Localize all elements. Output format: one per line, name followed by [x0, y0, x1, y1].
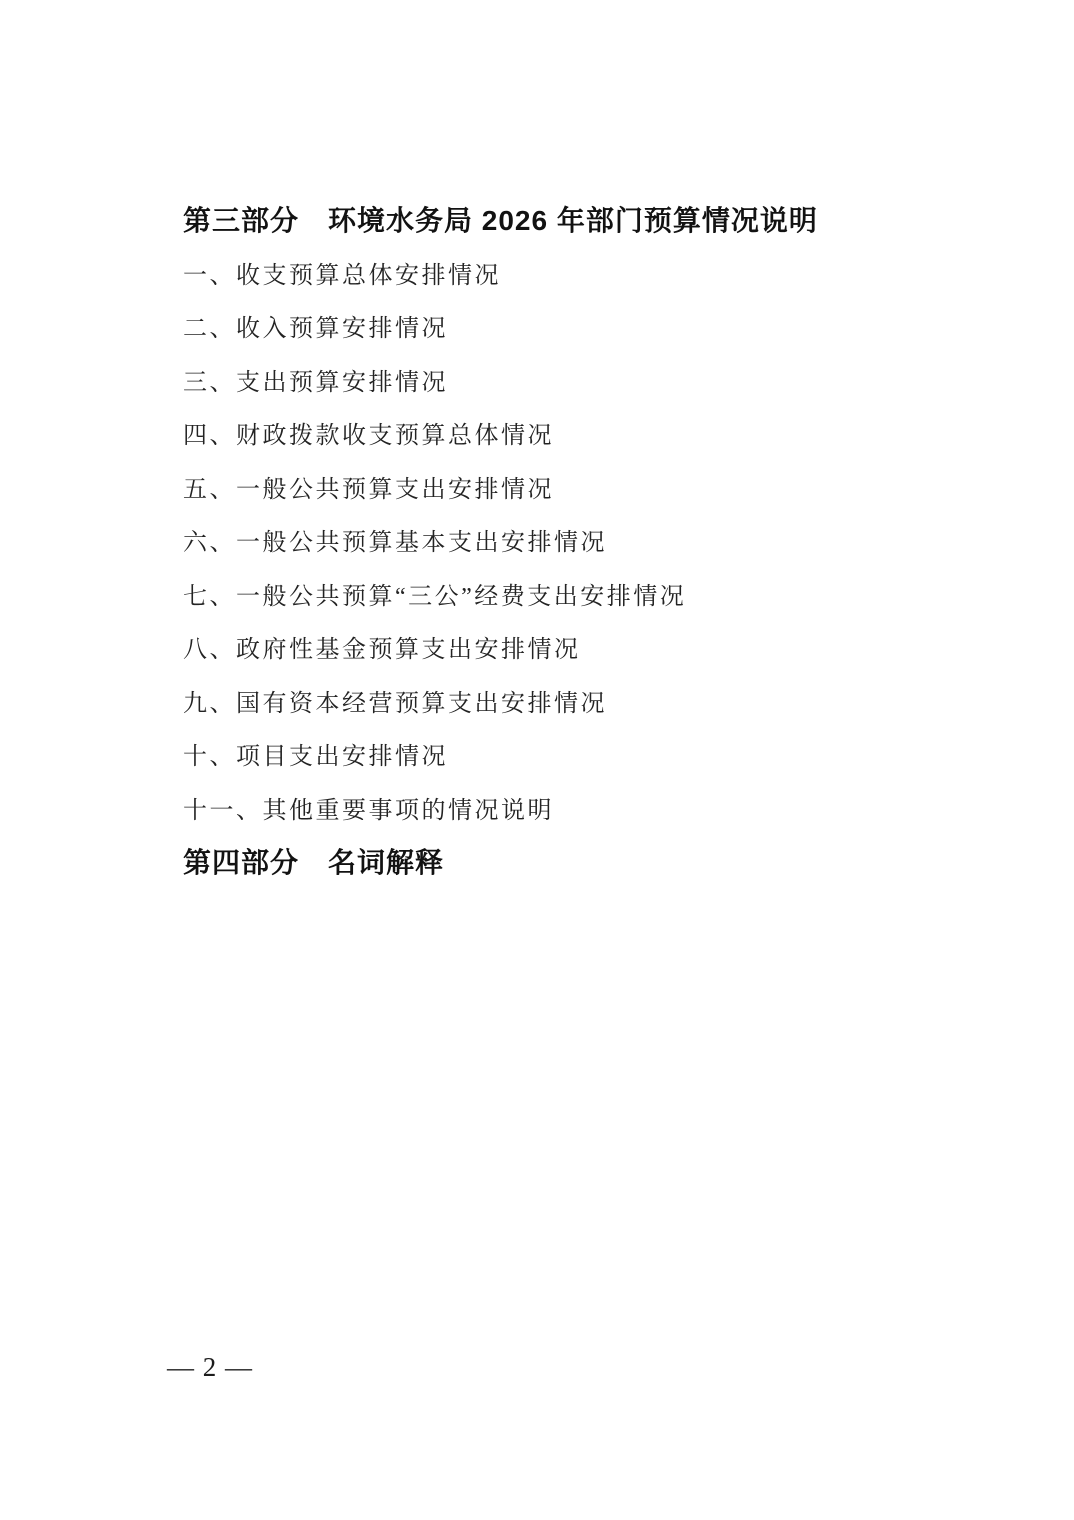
- table-of-contents: 第三部分 环境水务局 2026 年部门预算情况说明 一、收支预算总体安排情况 二…: [183, 192, 954, 888]
- toc-item-7: 七、一般公共预算“三公”经费支出安排情况: [183, 567, 954, 621]
- toc-item-10: 十、项目支出安排情况: [183, 727, 954, 781]
- toc-item-2: 二、收入预算安排情况: [183, 299, 954, 353]
- toc-item-11: 十一、其他重要事项的情况说明: [183, 781, 954, 835]
- page-number: — 2 —: [167, 1352, 253, 1383]
- toc-item-3: 三、支出预算安排情况: [183, 353, 954, 407]
- document-page: 第三部分 环境水务局 2026 年部门预算情况说明 一、收支预算总体安排情况 二…: [0, 0, 1074, 1520]
- toc-item-1: 一、收支预算总体安排情况: [183, 246, 954, 300]
- part4-heading: 第四部分 名词解释: [183, 834, 954, 888]
- toc-item-6: 六、一般公共预算基本支出安排情况: [183, 513, 954, 567]
- toc-item-4: 四、财政拨款收支预算总体情况: [183, 406, 954, 460]
- toc-item-9: 九、国有资本经营预算支出安排情况: [183, 674, 954, 728]
- part3-heading: 第三部分 环境水务局 2026 年部门预算情况说明: [183, 192, 954, 246]
- toc-item-8: 八、政府性基金预算支出安排情况: [183, 620, 954, 674]
- toc-item-5: 五、一般公共预算支出安排情况: [183, 460, 954, 514]
